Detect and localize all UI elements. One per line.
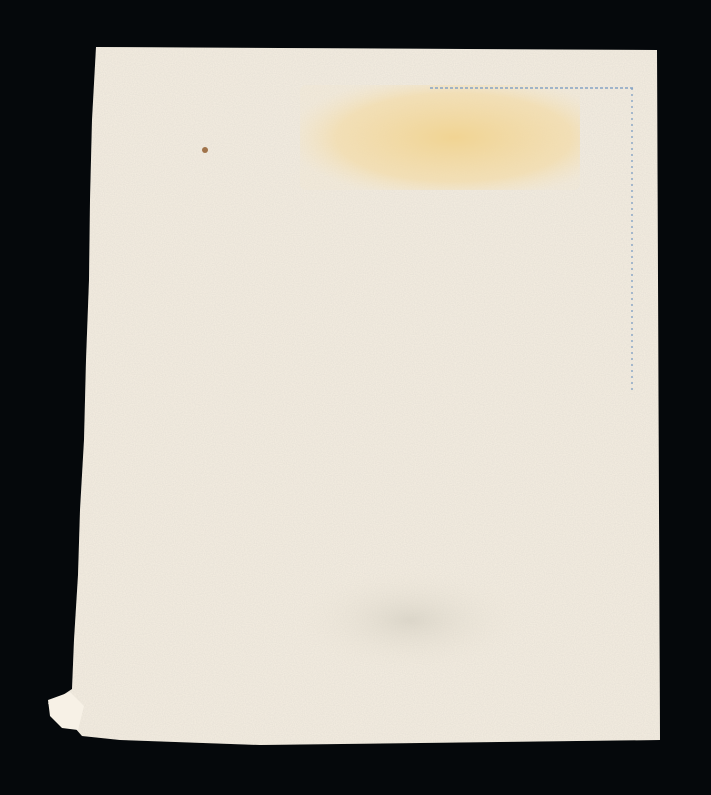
stamp-photo (0, 0, 711, 795)
hinge-remnant-stain (300, 85, 580, 190)
stamp-photo-scene (0, 0, 711, 795)
brown-speck (202, 147, 208, 153)
show-through-smudge (290, 565, 530, 675)
